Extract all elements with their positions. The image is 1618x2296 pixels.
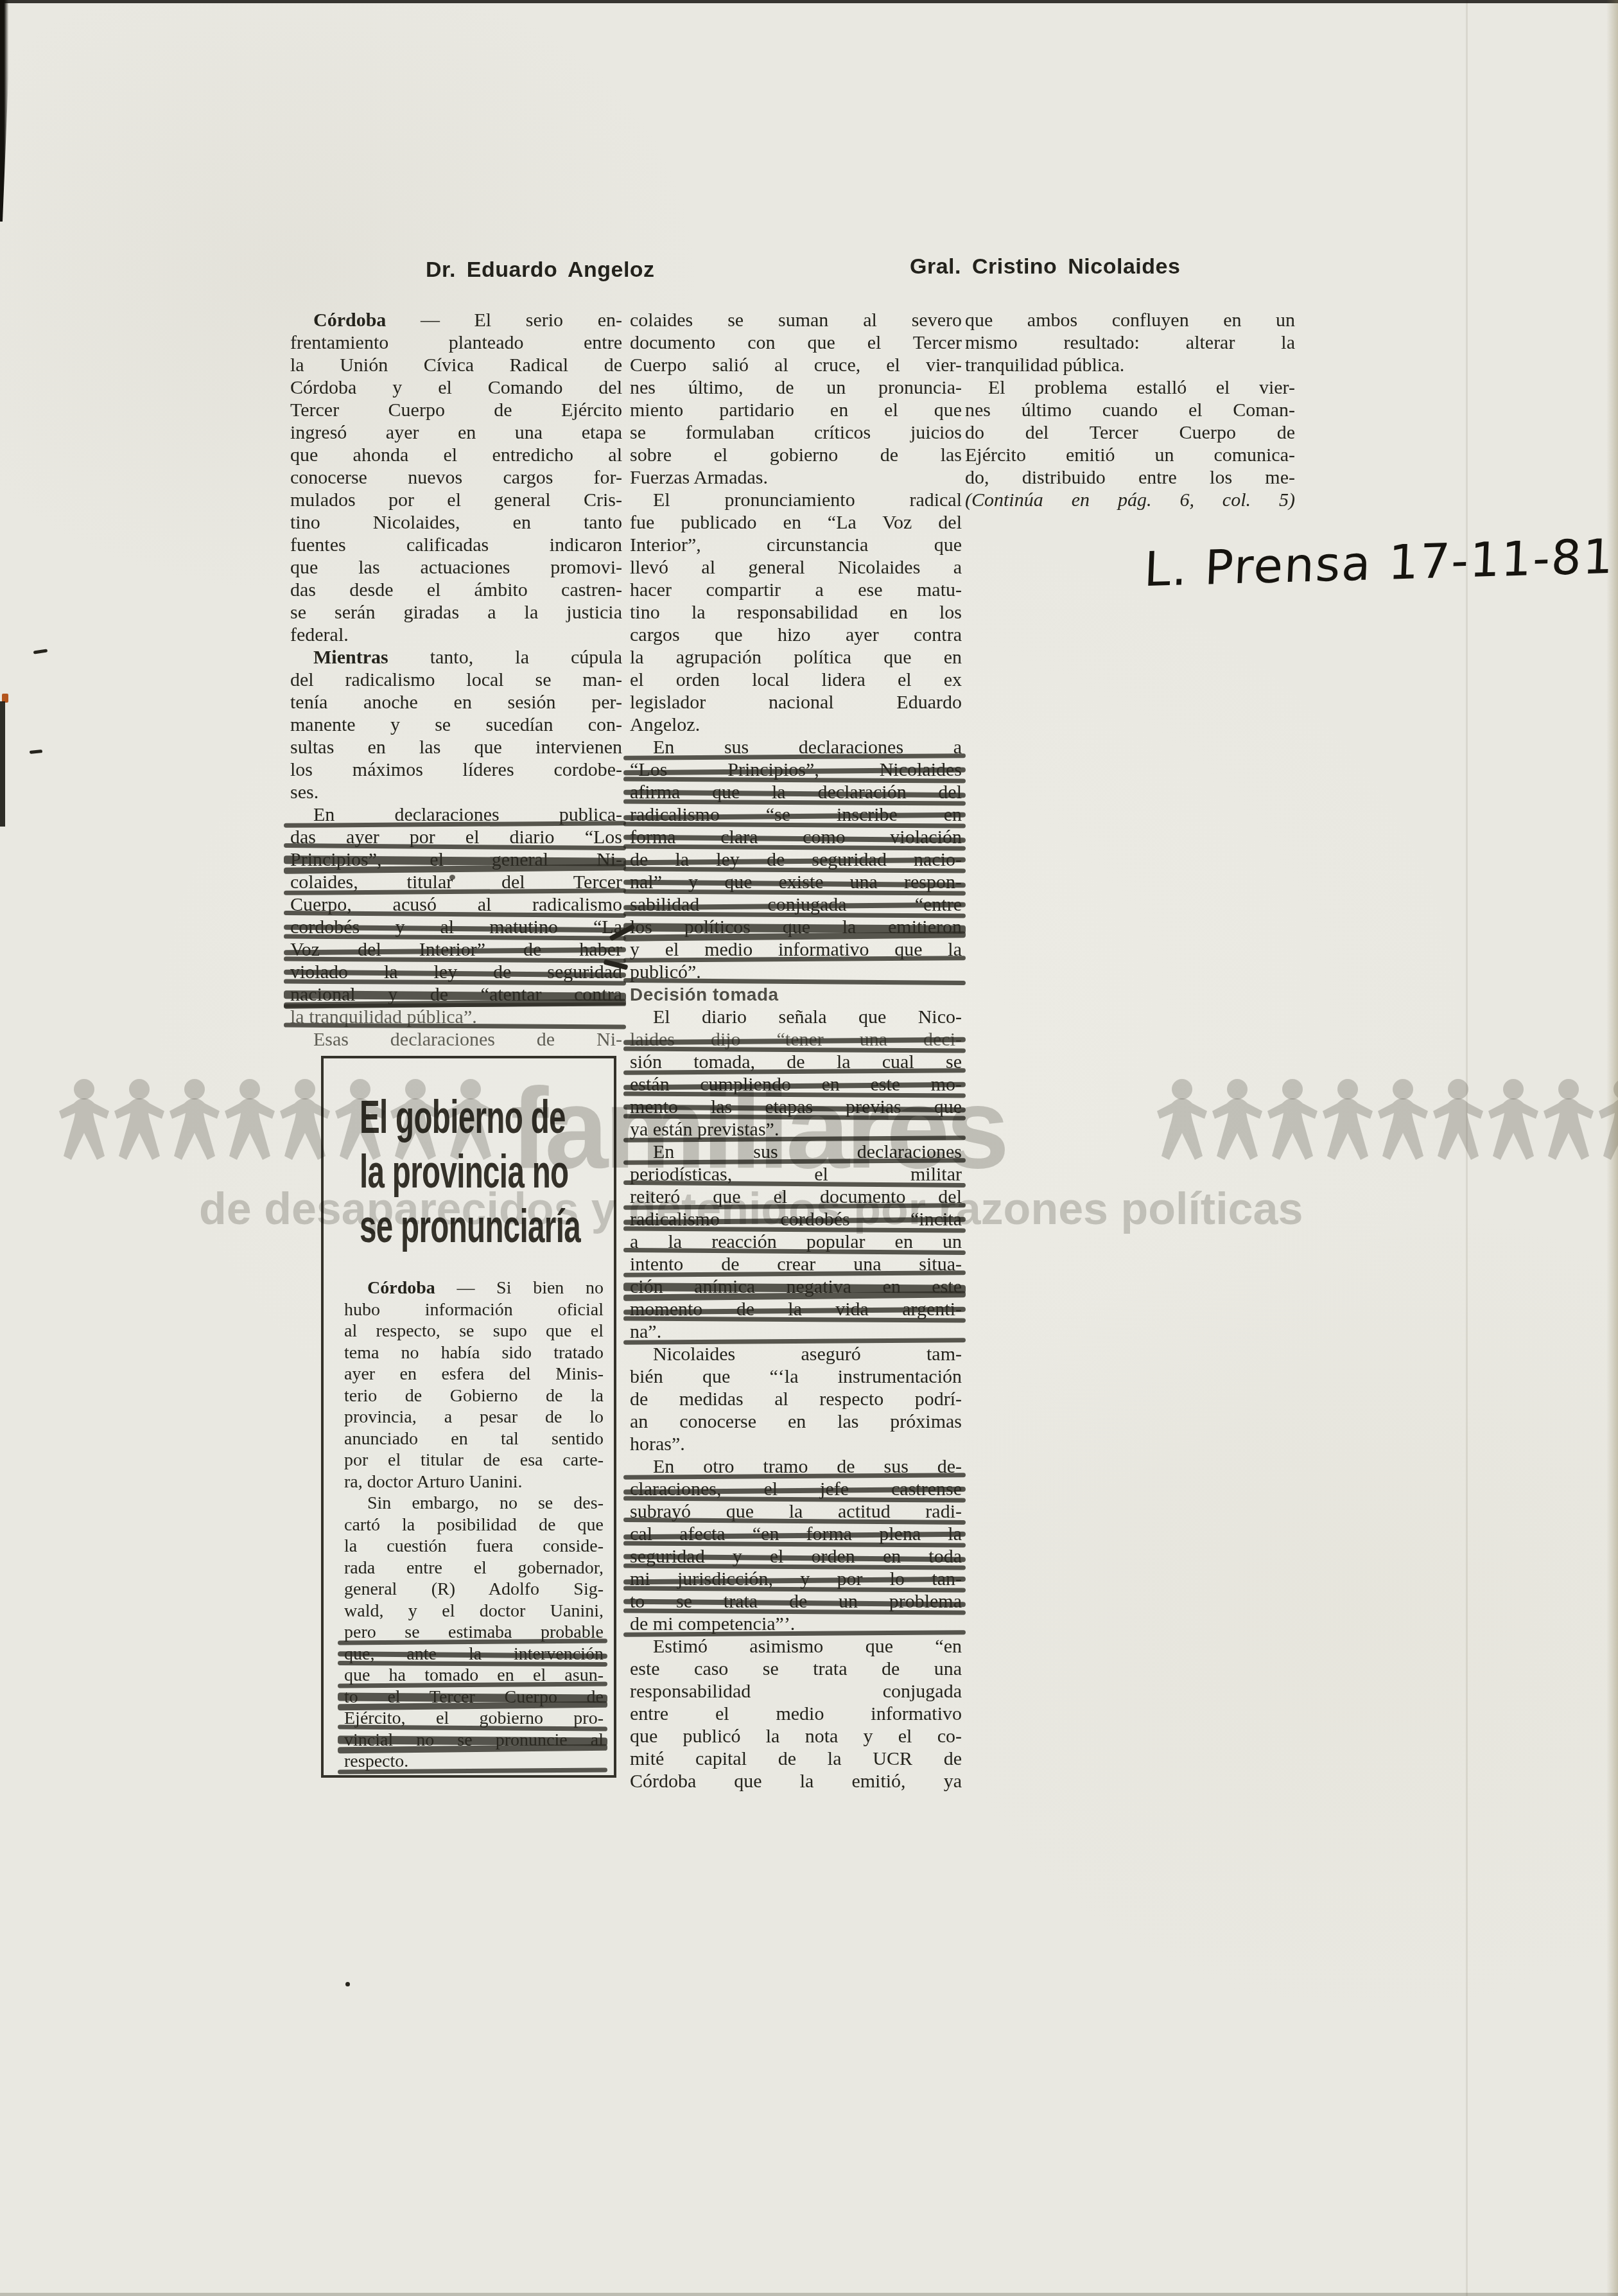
text-line: Mientras tanto, la cúpula — [290, 646, 622, 669]
text-line: que ahonda el entredicho al — [290, 444, 622, 466]
text-line: los máximos líderes cordobe- — [290, 758, 622, 781]
text-line: laides dijo “tener una deci- — [630, 1028, 962, 1051]
text-line: colaides, titular del Tercer — [290, 871, 622, 893]
text-line: (Continúa en pág. 6, col. 5) — [965, 489, 1295, 511]
text-line: ingresó ayer en una etapa — [290, 421, 622, 444]
text-line: Estimó asimismo que “en — [630, 1635, 962, 1658]
text-line: ra, doctor Arturo Uanini. — [344, 1471, 604, 1493]
text-line: ayer en esfera del Minis- — [344, 1363, 604, 1385]
article-column-3: que ambos confluyen en unmismo resultado… — [965, 309, 1295, 511]
text-line: llevó al general Nicolaides a — [630, 556, 962, 579]
text-line: radicalismo cordobés “incita — [630, 1208, 962, 1231]
text-line: federal. — [290, 624, 622, 646]
text-line: momento de la vida argenti- — [630, 1298, 962, 1320]
text-line: Esas declaraciones de Ni- — [290, 1028, 622, 1051]
text-line: Ejército emitió un comunica- — [965, 444, 1295, 466]
article-column-2: colaides se suman al severodocumento con… — [630, 309, 962, 1792]
text-line: vincial no se pronuncie al — [344, 1730, 604, 1751]
pen-mark — [33, 649, 48, 654]
boxed-article-headline-line: la provincia no — [360, 1145, 527, 1200]
text-line: a la reacción popular en un — [630, 1231, 962, 1253]
text-line: de mi competencia”’. — [630, 1613, 962, 1635]
text-line: fue publicado en “La Voz del — [630, 511, 962, 534]
scan-edge-top — [0, 0, 1618, 3]
scan-edge-bottom — [0, 2293, 1618, 2296]
text-line: entre el medio informativo — [630, 1703, 962, 1725]
text-line: mento las etapas previas que — [630, 1096, 962, 1118]
text-line: de la ley de seguridad nacio- — [630, 848, 962, 871]
text-line: do del Tercer Cuerpo de — [965, 421, 1295, 444]
boxed-article-headline-line: El gobierno de — [360, 1091, 527, 1145]
paper-doll-chain-icon — [1154, 1076, 1618, 1166]
scan-edge-left-strip — [0, 701, 5, 827]
text-line: sabilidad conjugada “entre — [630, 893, 962, 916]
article-column-1: Córdoba — El serio en-frentamiento plant… — [290, 309, 622, 1051]
text-line: radicalismo “se inscribe en — [630, 803, 962, 826]
text-line: na”. — [630, 1320, 962, 1343]
text-line: Interior”, circunstancia que — [630, 534, 962, 556]
text-line: En declaraciones publica- — [290, 803, 622, 826]
text-line: violado la ley de seguridad — [290, 961, 622, 983]
text-line: que ambos confluyen en un — [965, 309, 1295, 331]
text-line: En sus declaraciones — [630, 1141, 962, 1163]
paper-crease — [1466, 0, 1468, 2296]
text-line: nal” y que existe una respon- — [630, 871, 962, 893]
text-line: publicó”. — [630, 961, 962, 983]
text-line: frentamiento planteado entre — [290, 331, 622, 354]
text-line: bién que “‘la instrumentación — [630, 1365, 962, 1388]
text-line: Córdoba que la emitió, ya — [630, 1770, 962, 1792]
text-line: tino Nicolaides, en tanto — [290, 511, 622, 534]
text-line: cordobés y al matutino “La — [290, 916, 622, 938]
text-line: sultas en las que intervienen — [290, 736, 622, 758]
text-line: están cumpliendo en este mo- — [630, 1073, 962, 1096]
text-line: wald, y el doctor Uanini, — [344, 1600, 604, 1622]
text-line: afirma que la declaración del — [630, 781, 962, 803]
text-line: al respecto, se supo que el — [344, 1320, 604, 1342]
text-line: que ha tomado en el asun- — [344, 1665, 604, 1687]
text-line: se serán giradas a la justicia — [290, 601, 622, 624]
text-line: colaides se suman al severo — [630, 309, 962, 331]
text-line: documento con que el Tercer — [630, 331, 962, 354]
text-line: Córdoba y el Comando del — [290, 376, 622, 399]
text-line: Fuerzas Armadas. — [630, 466, 962, 489]
boxed-article: El gobierno dela provincia nose pronunci… — [321, 1056, 616, 1778]
text-line: por el titular de esa carte- — [344, 1450, 604, 1471]
boxed-article-headline: El gobierno dela provincia nose pronunci… — [360, 1091, 614, 1254]
text-line: intento de crear una situa- — [630, 1253, 962, 1275]
text-line: anunciado en tal sentido — [344, 1428, 604, 1450]
text-line: horas”. — [630, 1433, 962, 1455]
text-line: claraciones, el jefe castrense — [630, 1478, 962, 1500]
text-line: Voz del Interior” de haber — [290, 938, 622, 961]
text-line: El problema estalló el vier- — [965, 376, 1295, 399]
text-line: das desde el ámbito castren- — [290, 579, 622, 601]
text-line: pero se estimaba probable — [344, 1622, 604, 1643]
text-line: ción anímica negativa en este — [630, 1275, 962, 1298]
text-line: miento partidario en el que — [630, 399, 962, 421]
text-line: sobre el gobierno de las — [630, 444, 962, 466]
scan-edge-right — [1606, 0, 1618, 2296]
text-line: “Los Principios”, Nicolaides — [630, 758, 962, 781]
text-line: fuentes calificadas indicaron — [290, 534, 622, 556]
text-line: El pronunciamiento radical — [630, 489, 962, 511]
text-line: mulados por el general Cris- — [290, 489, 622, 511]
text-line: terio de Gobierno de la — [344, 1385, 604, 1407]
text-line: el orden local lidera el ex — [630, 669, 962, 691]
text-line: legislador nacional Eduardo — [630, 691, 962, 714]
text-line: Angeloz. — [630, 714, 962, 736]
text-line: los políticos que la emitieron — [630, 916, 962, 938]
text-line: la agrupación política que en — [630, 646, 962, 669]
text-line: se formulaban críticos juicios — [630, 421, 962, 444]
pen-mark — [30, 749, 42, 754]
text-line: cal afecta “en forma plena la — [630, 1523, 962, 1545]
text-line: de medidas al respecto podrí- — [630, 1388, 962, 1410]
text-line: forma clara como violación — [630, 826, 962, 848]
text-line: que publicó la nota y el co- — [630, 1725, 962, 1748]
text-line: sión tomada, de la cual se — [630, 1051, 962, 1073]
text-line: an conocerse en las próximas — [630, 1410, 962, 1433]
text-line: hacer compartir a ese matu- — [630, 579, 962, 601]
paper-speck — [345, 1982, 350, 1986]
text-line: tranquilidad pública. — [965, 354, 1295, 376]
scan-edge-left — [0, 0, 12, 222]
text-line: Nicolaides aseguró tam- — [630, 1343, 962, 1365]
text-line: das ayer por el diario “Los — [290, 826, 622, 848]
boxed-article-headline-line: se pronunciaría — [360, 1200, 527, 1254]
text-line: cartó la posibilidad de que — [344, 1514, 604, 1536]
text-line: tenía anoche en sesión per- — [290, 691, 622, 714]
text-line: reiteró que el documento del — [630, 1186, 962, 1208]
text-line: ya están previstas”. — [630, 1118, 962, 1141]
text-line: En sus declaraciones a — [630, 736, 962, 758]
text-line: Córdoba — El serio en- — [290, 309, 622, 331]
photo-caption-right: Gral. Cristino Nicolaides — [910, 254, 1180, 279]
text-line: respecto. — [344, 1751, 604, 1773]
text-line: En otro tramo de sus de- — [630, 1455, 962, 1478]
text-line: Ejército, el gobierno pro- — [344, 1708, 604, 1730]
text-line: ses. — [290, 781, 622, 803]
text-line: mi jurisdicción, y por lo tan- — [630, 1568, 962, 1590]
text-line: mité capital de la UCR de — [630, 1748, 962, 1770]
text-line: tema no había sido tratado — [344, 1342, 604, 1364]
text-line: nacional y de “atentar contra — [290, 983, 622, 1006]
text-line: responsabilidad conjugada — [630, 1680, 962, 1703]
boxed-article-body: Córdoba — Si bien nohubo información ofi… — [344, 1277, 604, 1773]
text-line: Cuerpo salió al cruce, el vier- — [630, 354, 962, 376]
text-line: do, distribuido entre los me- — [965, 466, 1295, 489]
handwritten-annotation: L. Prensa 17-11-81 — [1143, 529, 1615, 598]
text-line: la cuestión fuera conside- — [344, 1536, 604, 1557]
text-line: que, ante la intervención — [344, 1643, 604, 1665]
text-line: que las actuaciones promovi- — [290, 556, 622, 579]
text-line: Principios”, el general Ni- — [290, 848, 622, 871]
text-line: conocerse nuevos cargos for- — [290, 466, 622, 489]
text-line: rada entre el gobernador, — [344, 1557, 604, 1579]
text-line: la tranquilidad pública”. — [290, 1006, 622, 1028]
text-line: y el medio informativo que la — [630, 938, 962, 961]
text-line: nes último, de un pronuncia- — [630, 376, 962, 399]
text-line: la Unión Cívica Radical de — [290, 354, 622, 376]
text-line: tino la responsabilidad en los — [630, 601, 962, 624]
text-line: hubo información oficial — [344, 1299, 604, 1321]
text-line: Sin embargo, no se des- — [344, 1493, 604, 1514]
text-line: subrayó que la actitud radi- — [630, 1500, 962, 1523]
photo-caption-left: Dr. Eduardo Angeloz — [426, 258, 655, 283]
text-line: mismo resultado: alterar la — [965, 331, 1295, 354]
text-line: Decisión tomada — [630, 983, 962, 1006]
text-line: periodísticas, el militar — [630, 1163, 962, 1186]
text-line: este caso se trata de una — [630, 1658, 962, 1680]
text-line: Tercer Cuerpo de Ejército — [290, 399, 622, 421]
text-line: Cuerpo, acusó al radicalismo — [290, 893, 622, 916]
text-line: to el Tercer Cuerpo de — [344, 1687, 604, 1708]
text-line: manente y se sucedían con- — [290, 714, 622, 736]
text-line: nes último cuando el Coman- — [965, 399, 1295, 421]
text-line: provincia, a pesar de lo — [344, 1407, 604, 1428]
text-line: cargos que hizo ayer contra — [630, 624, 962, 646]
scanned-newspaper-clipping-page: Dr. Eduardo Angeloz Gral. Cristino Nicol… — [0, 0, 1618, 2296]
text-line: del radicalismo local se man- — [290, 669, 622, 691]
text-line: seguridad y el orden en toda — [630, 1545, 962, 1568]
text-line: general (R) Adolfo Sig- — [344, 1579, 604, 1600]
text-line: El diario señala que Nico- — [630, 1006, 962, 1028]
text-line: Córdoba — Si bien no — [344, 1277, 604, 1299]
text-line: to se trata de un problema — [630, 1590, 962, 1613]
